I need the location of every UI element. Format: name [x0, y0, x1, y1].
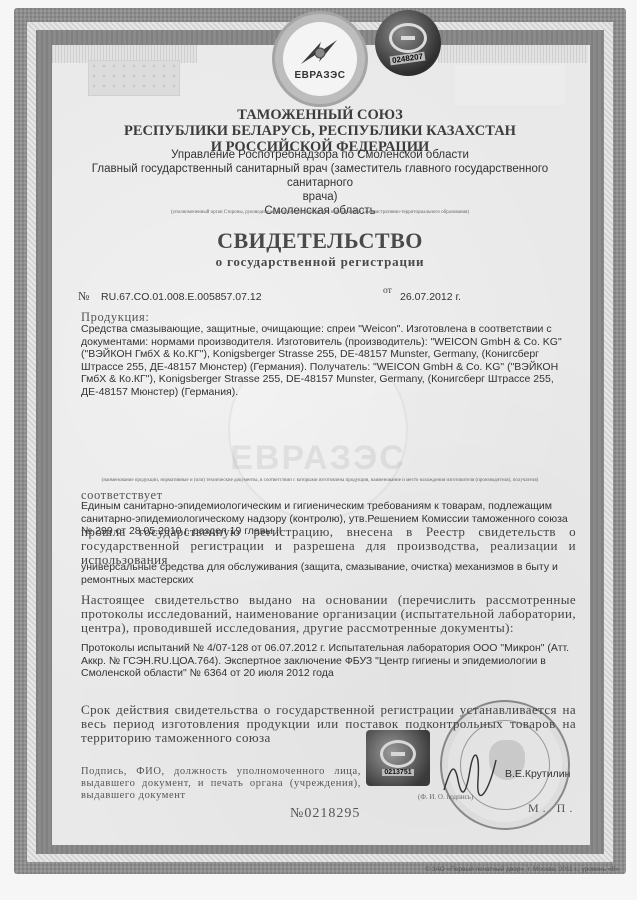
watermark-label: ЕВРАЗЭС: [230, 439, 406, 478]
registration-date: 26.07.2012 г.: [400, 291, 461, 303]
signature-label: Подпись, ФИО, должность уполномоченного …: [81, 766, 361, 802]
authority-line: Главный государственный санитарный врач …: [60, 162, 580, 190]
security-strip-right: [438, 45, 588, 63]
hologram-sticker-top: 0248207: [375, 10, 441, 76]
products-description: Средства смазывающие, защитные, очищающи…: [81, 323, 576, 398]
authority-caption: (уполномоченный орган Стороны, руководит…: [60, 210, 580, 215]
signatory-name: В.Е.Крутилин: [505, 768, 570, 780]
basis-text: Протоколы испытаний № 4/07-128 от 06.07.…: [81, 642, 576, 680]
hologram-sticker-bottom: 0213751: [366, 730, 430, 786]
products-caption: (наименование продукции, нормативные и (…: [60, 478, 580, 483]
printer-footer: © ЗАО «Первый печатный двор», г. Москва,…: [425, 866, 621, 873]
hologram-number: 0213751: [382, 769, 413, 776]
eurasec-label: ЕВРАЗЭС: [294, 70, 345, 81]
security-pattern-right: [455, 65, 565, 105]
document-title: СВИДЕТЕЛЬСТВО: [60, 228, 580, 254]
usage-scope: универсальные средства для обслуживания …: [81, 561, 576, 586]
authority-line: Управление Роспотребнадзора по Смоленско…: [60, 148, 580, 162]
eurasec-emblem: ЕВРАЗЭС: [275, 14, 365, 104]
fio-caption: (Ф. И. О. подпись): [418, 793, 473, 801]
issuing-authority: Управление Роспотребнадзора по Смоленско…: [60, 148, 580, 218]
security-pattern: [88, 60, 180, 96]
form-serial-number: №0218295: [290, 806, 360, 822]
union-line: ТАМОЖЕННЫЙ СОЮЗ: [60, 107, 580, 123]
registration-number-label: №: [78, 289, 89, 304]
registration-date-label: от: [383, 286, 392, 296]
conformity-mark-icon: [389, 23, 427, 53]
authority-line: врача): [60, 190, 580, 204]
basis-label: Настоящее свидетельство выдано на основа…: [81, 593, 576, 635]
registration-number: RU.67.CO.01.008.E.005857.07.12: [101, 291, 262, 303]
document-subtitle: о государственной регистрации: [60, 254, 580, 270]
conformity-mark-icon: [380, 740, 416, 768]
eurasec-logo-icon: [297, 38, 343, 68]
hologram-number: 0248207: [390, 52, 426, 66]
certificate-page: ЕВРАЗЭС 0248207 ЕВРАЗЭС ТАМОЖЕННЫЙ СОЮЗ …: [0, 0, 637, 900]
union-line: РЕСПУБЛИКИ БЕЛАРУСЬ, РЕСПУБЛИКИ КАЗАХСТА…: [60, 123, 580, 139]
seal-place-mark: М. П.: [528, 801, 576, 816]
